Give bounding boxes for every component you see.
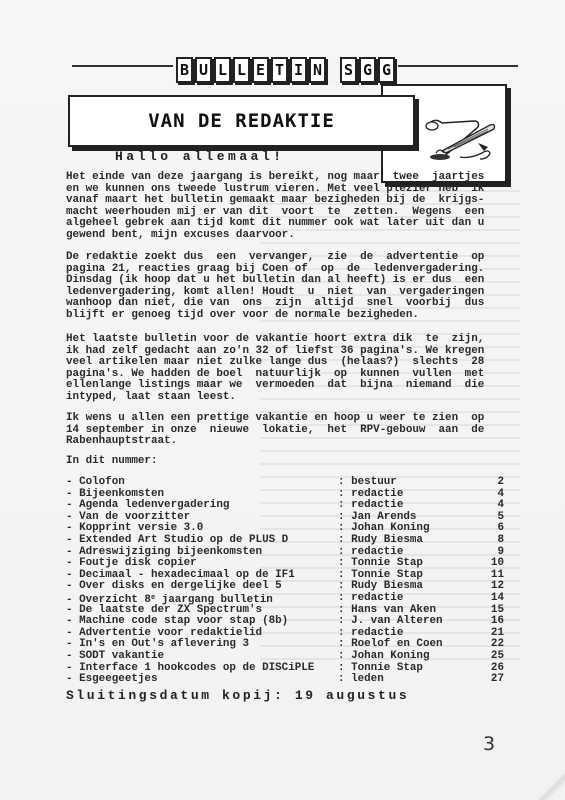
masthead-letter: L [233,57,250,83]
toc-row: - Machine code stap voor stap (8b): J. v… [66,616,522,628]
toc-title: - Foutje disk copier [66,558,197,570]
toc-title: - Colofon [66,477,125,489]
toc-author: : Johan Koning [338,651,430,663]
toc-title: - Esgeegeetjes [66,674,158,686]
toc-title: - Extended Art Studio op de PLUS D [66,535,288,547]
paragraph-2: De redaktie zoekt dus een vervanger, zie… [66,252,522,322]
section-title-box: VAN DE REDAKTIE [68,95,415,147]
paragraph-1: Het einde van deze jaargang is bereikt, … [66,172,522,242]
toc-author: : Rudy Biesma [338,535,423,547]
masthead-letter: E [252,57,269,83]
toc-author: : J. van Alteren [338,616,443,628]
toc-row: - Extended Art Studio op de PLUS D: Rudy… [66,535,522,547]
masthead-letter: I [290,57,307,83]
section-title: VAN DE REDAKTIE [148,110,335,132]
masthead-letter: B [176,57,193,83]
toc-author: : leden [338,674,384,686]
masthead-letter: U [195,57,212,83]
masthead-letter: L [214,57,231,83]
paragraph-4: Ik wens u allen een prettige vakantie en… [66,413,522,448]
paragraph-3: Het laatste bulletin voor de vakantie ho… [66,334,522,404]
toc-row: - SODT vakantie: Johan Koning25 [66,651,522,663]
toc-page: 25 [491,651,504,663]
toc-title: - SODT vakantie [66,651,164,663]
page-number: 3 [483,733,495,755]
toc-row: - Esgeegeetjes: leden27 [66,674,522,686]
toc-title: - Over disks en dergelijke deel 5 [66,581,282,593]
masthead-letter: T [271,57,288,83]
toc-heading: In dit nummer: [66,456,522,468]
toc-page: 2 [497,477,504,489]
masthead-letter: G [359,57,376,83]
closing-date: Sluitingsdatum kopij: 19 augustus [66,688,409,703]
scroll-and-quill-icon [420,113,500,163]
toc-row: - Over disks en dergelijke deel 5: Rudy … [66,581,522,593]
greeting: Hallo allemaal! [115,149,285,164]
page-curl [535,770,565,800]
masthead-letter: N [309,57,326,83]
toc-page: 16 [491,616,504,628]
masthead-letter: S [340,57,357,83]
toc-page: 14 [491,593,504,605]
toc-page: 10 [491,558,504,570]
toc-author: : bestuur [338,477,397,489]
toc-row: - Colofon: bestuur2 [66,477,522,489]
toc-page: 27 [491,674,504,686]
toc-title: - Machine code stap voor stap (8b) [66,616,288,628]
toc-author: : redactie [338,593,403,605]
masthead-title: BULLETINSGG [173,57,398,83]
toc-author: : Tonnie Stap [338,558,423,570]
toc-page: 8 [497,535,504,547]
document-page: BULLETINSGG VAN DE REDAKTIE Hallo allema… [0,0,565,800]
toc-row: - Foutje disk copier: Tonnie Stap10 [66,558,522,570]
table-of-contents: - Colofon: bestuur2- Bijeenkomsten: reda… [66,477,522,686]
toc-row: - Overzicht 8e jaargang bulletin: redact… [66,593,522,605]
masthead-letter: G [378,57,395,83]
